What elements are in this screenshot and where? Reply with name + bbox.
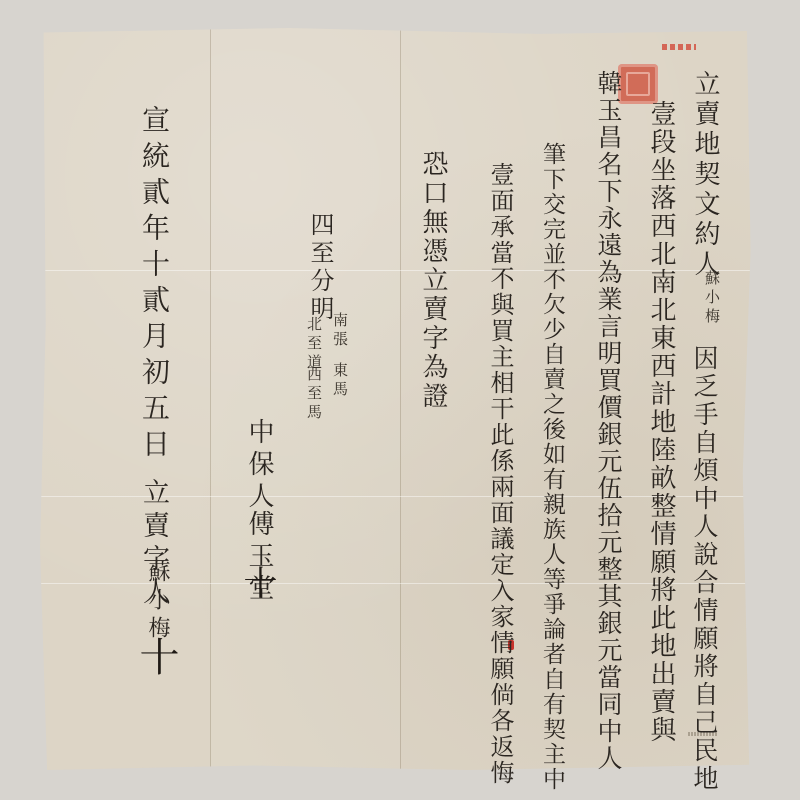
seller-mark: 十 — [136, 636, 176, 680]
seller-name-inline: 蘇小梅 — [704, 270, 719, 327]
deed-column-2: 壹段坐落西北南北東西計地陸畝整情願將此地出賣與 — [648, 100, 674, 744]
seller-name: 蘇小梅 — [146, 560, 168, 644]
fold-line — [210, 28, 211, 770]
deed-column-5: 壹面承當不與買主相干此係兩面議定入家情願倘各返悔 — [488, 162, 512, 786]
boundary-north: 北至道 — [306, 316, 321, 373]
guarantor-label: 中保人 — [246, 418, 272, 514]
red-stamp-text — [662, 44, 696, 50]
red-seal-icon — [618, 64, 658, 104]
boundary-south: 南張 — [332, 312, 347, 350]
deed-column-1-body: 因乏手自煩中人說合情願將自己民地 — [692, 345, 717, 793]
fold-line — [400, 28, 401, 770]
deed-column-4: 筆下交完並不欠少自賣之後如有親族人等爭論者自有契主中 — [540, 142, 563, 792]
boundaries-heading: 四至分明 — [308, 212, 332, 324]
boundary-east: 東馬 — [332, 362, 347, 400]
deed-column-1-heading: 立賣地契文約人 — [692, 70, 718, 280]
deed-date: 宣統貳年十貳月初五日 — [140, 105, 168, 465]
deed-column-6-closing: 恐口無憑立賣字為證 — [420, 150, 446, 411]
boundary-west: 西至馬 — [306, 366, 321, 423]
deed-column-3: 韓玉昌名下永遠為業言明買價銀元伍拾元整其銀元當同中人 — [596, 70, 621, 772]
guarantor-mark: 十 — [240, 565, 274, 603]
